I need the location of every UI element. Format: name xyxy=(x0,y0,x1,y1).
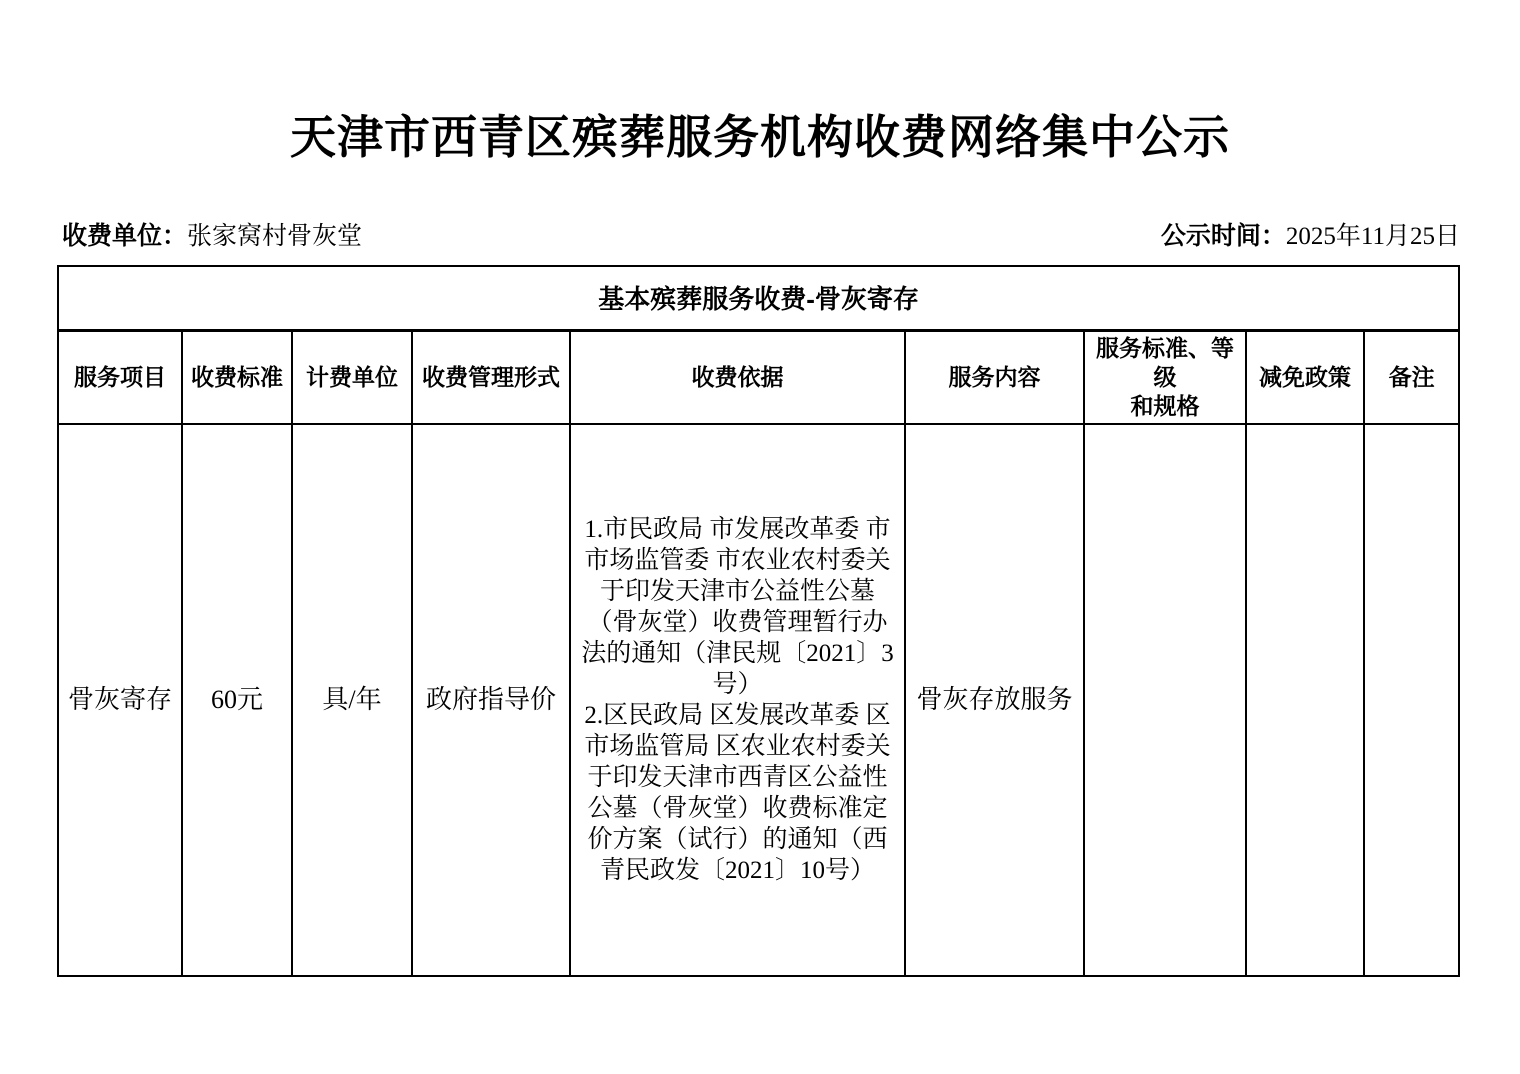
column-header-standard-grade-spec: 服务标准、等级 和规格 xyxy=(1084,330,1246,424)
fee-basis-item: 2.区民政局 区发展改革委 区市场监管局 区农业农村委关于印发天津市西青区公益性… xyxy=(577,700,898,886)
cell-fee-basis: 1.市民政局 市发展改革委 市市场监管委 市农业农村委关于印发天津市公益性公墓（… xyxy=(570,424,905,976)
cell-service-content: 骨灰存放服务 xyxy=(905,424,1084,976)
column-header-billing-unit: 计费单位 xyxy=(292,330,412,424)
column-header-reduction-policy: 减免政策 xyxy=(1246,330,1364,424)
publicity-time-label: 公示时间： xyxy=(1161,222,1286,250)
fee-unit-label: 收费单位： xyxy=(62,222,187,250)
column-header-service-item: 服务项目 xyxy=(58,330,182,424)
cell-remarks xyxy=(1364,424,1459,976)
fee-basis-item: 1.市民政局 市发展改革委 市市场监管委 市农业农村委关于印发天津市公益性公墓（… xyxy=(577,514,898,700)
table-caption: 基本殡葬服务收费-骨灰寄存 xyxy=(58,266,1459,330)
column-header-fee-basis: 收费依据 xyxy=(570,330,905,424)
page-title: 天津市西青区殡葬服务机构收费网络集中公示 xyxy=(0,0,1520,164)
cell-reduction-policy xyxy=(1246,424,1364,976)
fee-unit-value: 张家窝村骨灰堂 xyxy=(187,223,362,250)
table-header-row: 服务项目 收费标准 计费单位 收费管理形式 收费依据 服务内容 服务标准、等级 … xyxy=(58,330,1459,424)
table-row: 骨灰寄存 60元 具/年 政府指导价 1.市民政局 市发展改革委 市市场监管委 … xyxy=(58,424,1459,976)
column-header-remarks: 备注 xyxy=(1364,330,1459,424)
info-row: 收费单位：张家窝村骨灰堂 公示时间：2025年11月25日 xyxy=(62,220,1460,253)
column-header-service-content: 服务内容 xyxy=(905,330,1084,424)
cell-fee-standard: 60元 xyxy=(182,424,292,976)
table-caption-row: 基本殡葬服务收费-骨灰寄存 xyxy=(58,266,1459,330)
fee-unit: 收费单位：张家窝村骨灰堂 xyxy=(62,220,362,253)
cell-standard-grade-spec xyxy=(1084,424,1246,976)
cell-billing-unit: 具/年 xyxy=(292,424,412,976)
publicity-time: 公示时间：2025年11月25日 xyxy=(1161,220,1460,253)
document-page: 天津市西青区殡葬服务机构收费网络集中公示 收费单位：张家窝村骨灰堂 公示时间：2… xyxy=(0,0,1520,1074)
fee-table: 基本殡葬服务收费-骨灰寄存 服务项目 收费标准 计费单位 收费管理形式 收费依据… xyxy=(57,265,1460,977)
cell-service-item: 骨灰寄存 xyxy=(58,424,182,976)
column-header-management-form: 收费管理形式 xyxy=(412,330,570,424)
cell-management-form: 政府指导价 xyxy=(412,424,570,976)
publicity-time-value: 2025年11月25日 xyxy=(1286,223,1460,250)
column-header-fee-standard: 收费标准 xyxy=(182,330,292,424)
